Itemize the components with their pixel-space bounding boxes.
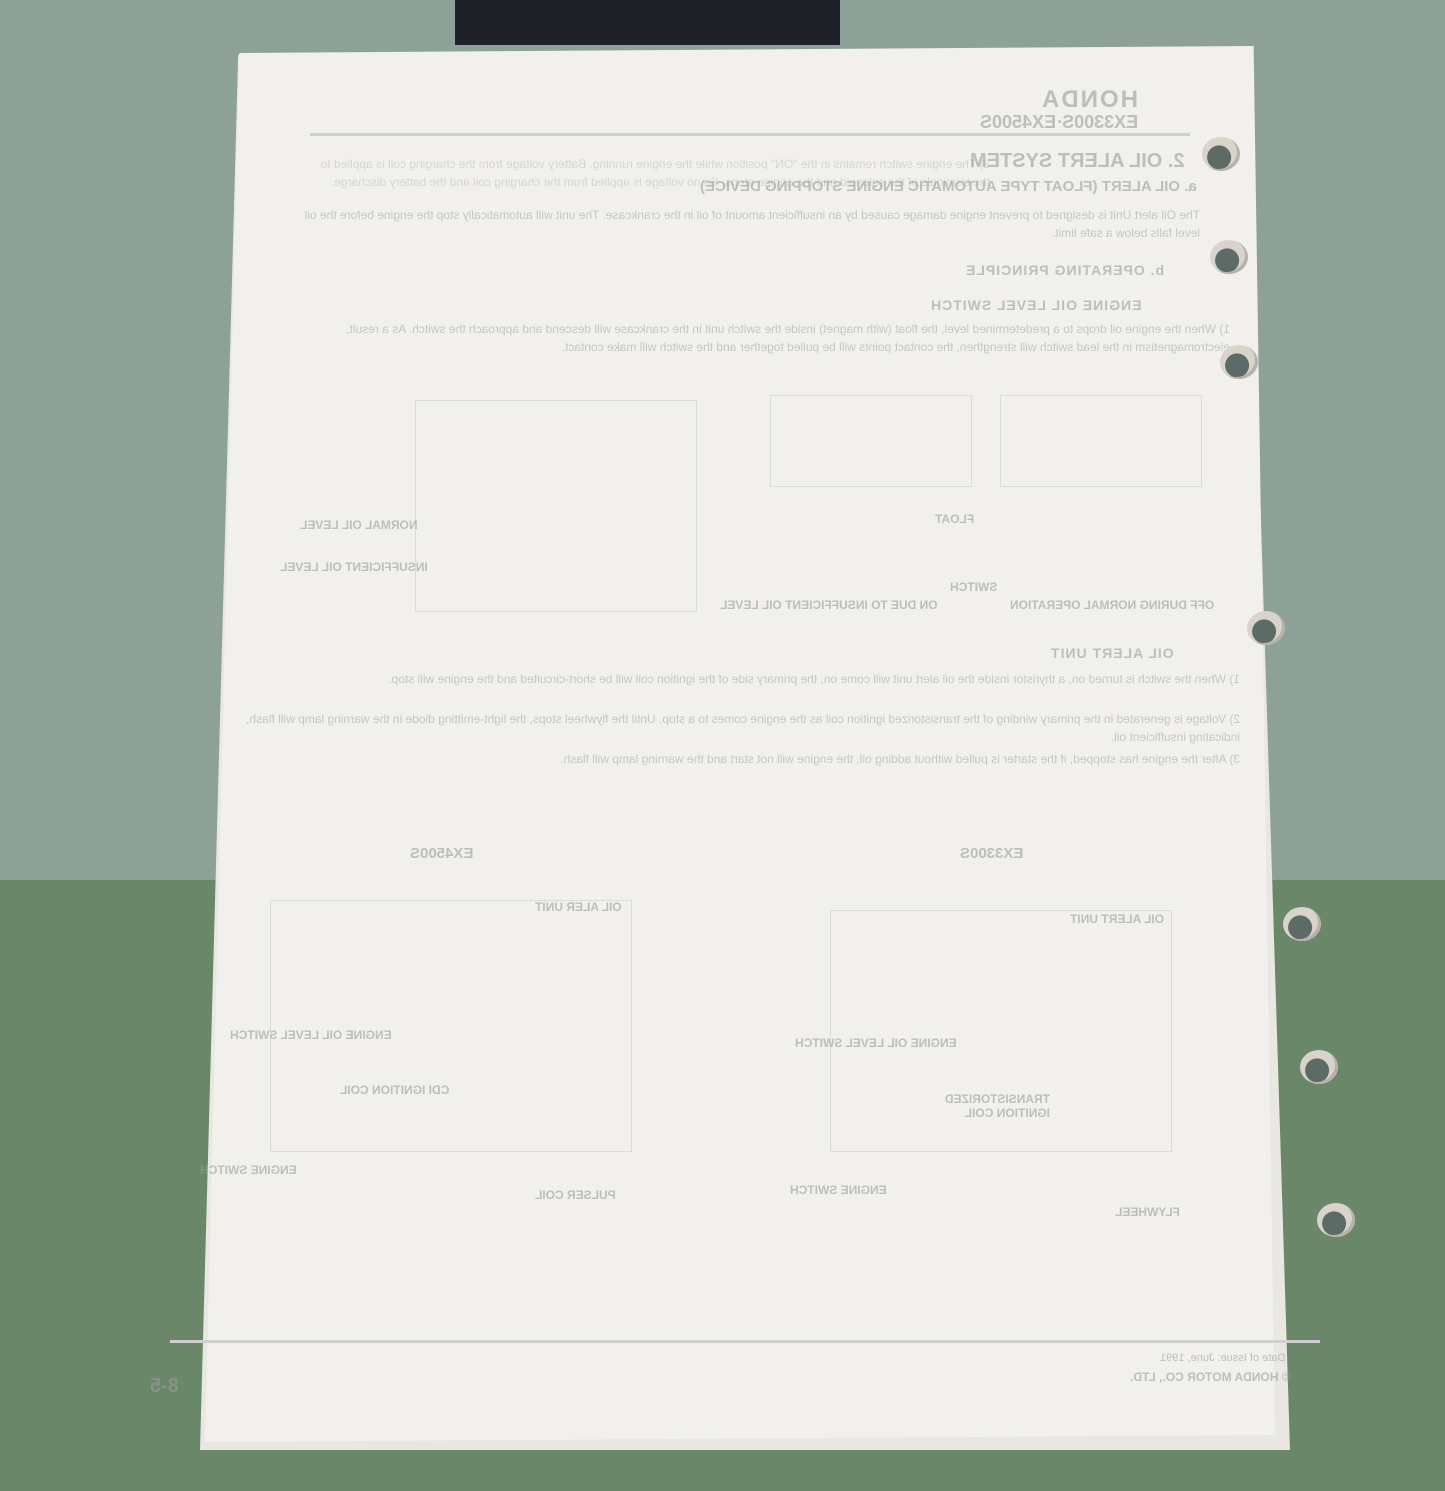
fig1-label-switch: SWITCH — [950, 580, 997, 594]
punch-hole — [1247, 611, 1285, 645]
punch-hole — [1220, 345, 1258, 379]
fig2-left-cdi: CDI IGNITION COIL — [340, 1083, 449, 1097]
unit-step-1: 1) When the switch is turned on, a thyri… — [230, 670, 1240, 688]
fig1-label-on: ON DUE TO INSUFFICIENT OIL LEVEL — [720, 598, 938, 612]
dark-binder-cover — [455, 0, 840, 45]
footer-rule — [170, 1340, 1320, 1343]
fig1-label-float: FLOAT — [935, 512, 974, 526]
fig2-right-oil-alert: OIL ALERT UNIT — [1070, 912, 1164, 926]
punch-hole — [1317, 1203, 1355, 1237]
float-switch-normal-diagram — [1000, 395, 1202, 487]
footer-date: Date of Issue: June, 1991 — [1160, 1352, 1285, 1364]
unit-step-3: 3) After the engine has stopped, if the … — [230, 750, 1240, 768]
punch-hole — [1283, 907, 1321, 941]
punch-hole — [1210, 240, 1248, 274]
fig2-left-engine-switch: ENGINE SWITCH — [200, 1163, 297, 1177]
fig1-label-insufficient: INSUFFICIENT OIL LEVEL — [280, 560, 428, 574]
page-number: 8-5 — [150, 1375, 179, 1398]
float-switch-low-diagram — [770, 395, 972, 487]
header-rule — [310, 133, 1190, 136]
punch-hole — [1202, 137, 1240, 171]
bullet-oil-level-switch: ENGINE OIL LEVEL SWITCH — [930, 297, 1142, 313]
bullet-oil-alert-unit: OIL ALERT UNIT — [1050, 645, 1174, 661]
section-title: 2. OIL ALERT SYSTEM — [970, 150, 1184, 173]
fig2-right-engine-switch: ENGINE SWITCH — [790, 1183, 887, 1197]
fig1-label-normal: NORMAL OIL LEVEL — [300, 518, 418, 532]
fig2-left-oil-alert: OIL ALER UNIT — [535, 900, 622, 914]
intro-paragraph: The Oil alert Unit is designed to preven… — [300, 206, 1200, 242]
fig2-left-pulser: PULSER COIL — [535, 1188, 616, 1202]
fig2-model-left: EX4500S — [410, 845, 473, 862]
switch-paragraph: 1) When the engine oil drops to a predet… — [290, 320, 1230, 356]
fig2-right-flywheel: FLYWHEEL — [1115, 1205, 1180, 1219]
header-models: EX3300S·EX4500S — [980, 112, 1138, 133]
punch-hole — [1300, 1050, 1338, 1084]
footer-copyright: © HONDA MOTOR CO., LTD. — [1130, 1370, 1291, 1384]
unit-step-2: 2) Voltage is generated in the primary w… — [230, 710, 1240, 746]
ex4500s-wiring-diagram — [270, 900, 632, 1152]
subsection-b: b. OPERATING PRINCIPLE — [965, 262, 1164, 278]
fig2-left-level-switch: ENGINE OIL LEVEL SWITCH — [230, 1028, 392, 1042]
fig2-model-right: EX3300S — [960, 845, 1023, 862]
fig2-right-transistorized: TRANSISTORIZED IGNITION COIL — [930, 1092, 1050, 1120]
subsection-a: a. OIL ALERT (FLOAT TYPE AUTOMATIC ENGIN… — [700, 178, 1197, 195]
fig1-label-off: OFF DURING NORMAL OPERATION — [1010, 598, 1214, 612]
crankcase-diagram — [415, 400, 697, 612]
fig2-right-level-switch: ENGINE OIL LEVEL SWITCH — [795, 1036, 957, 1050]
header-brand: HONDA — [1040, 86, 1138, 114]
